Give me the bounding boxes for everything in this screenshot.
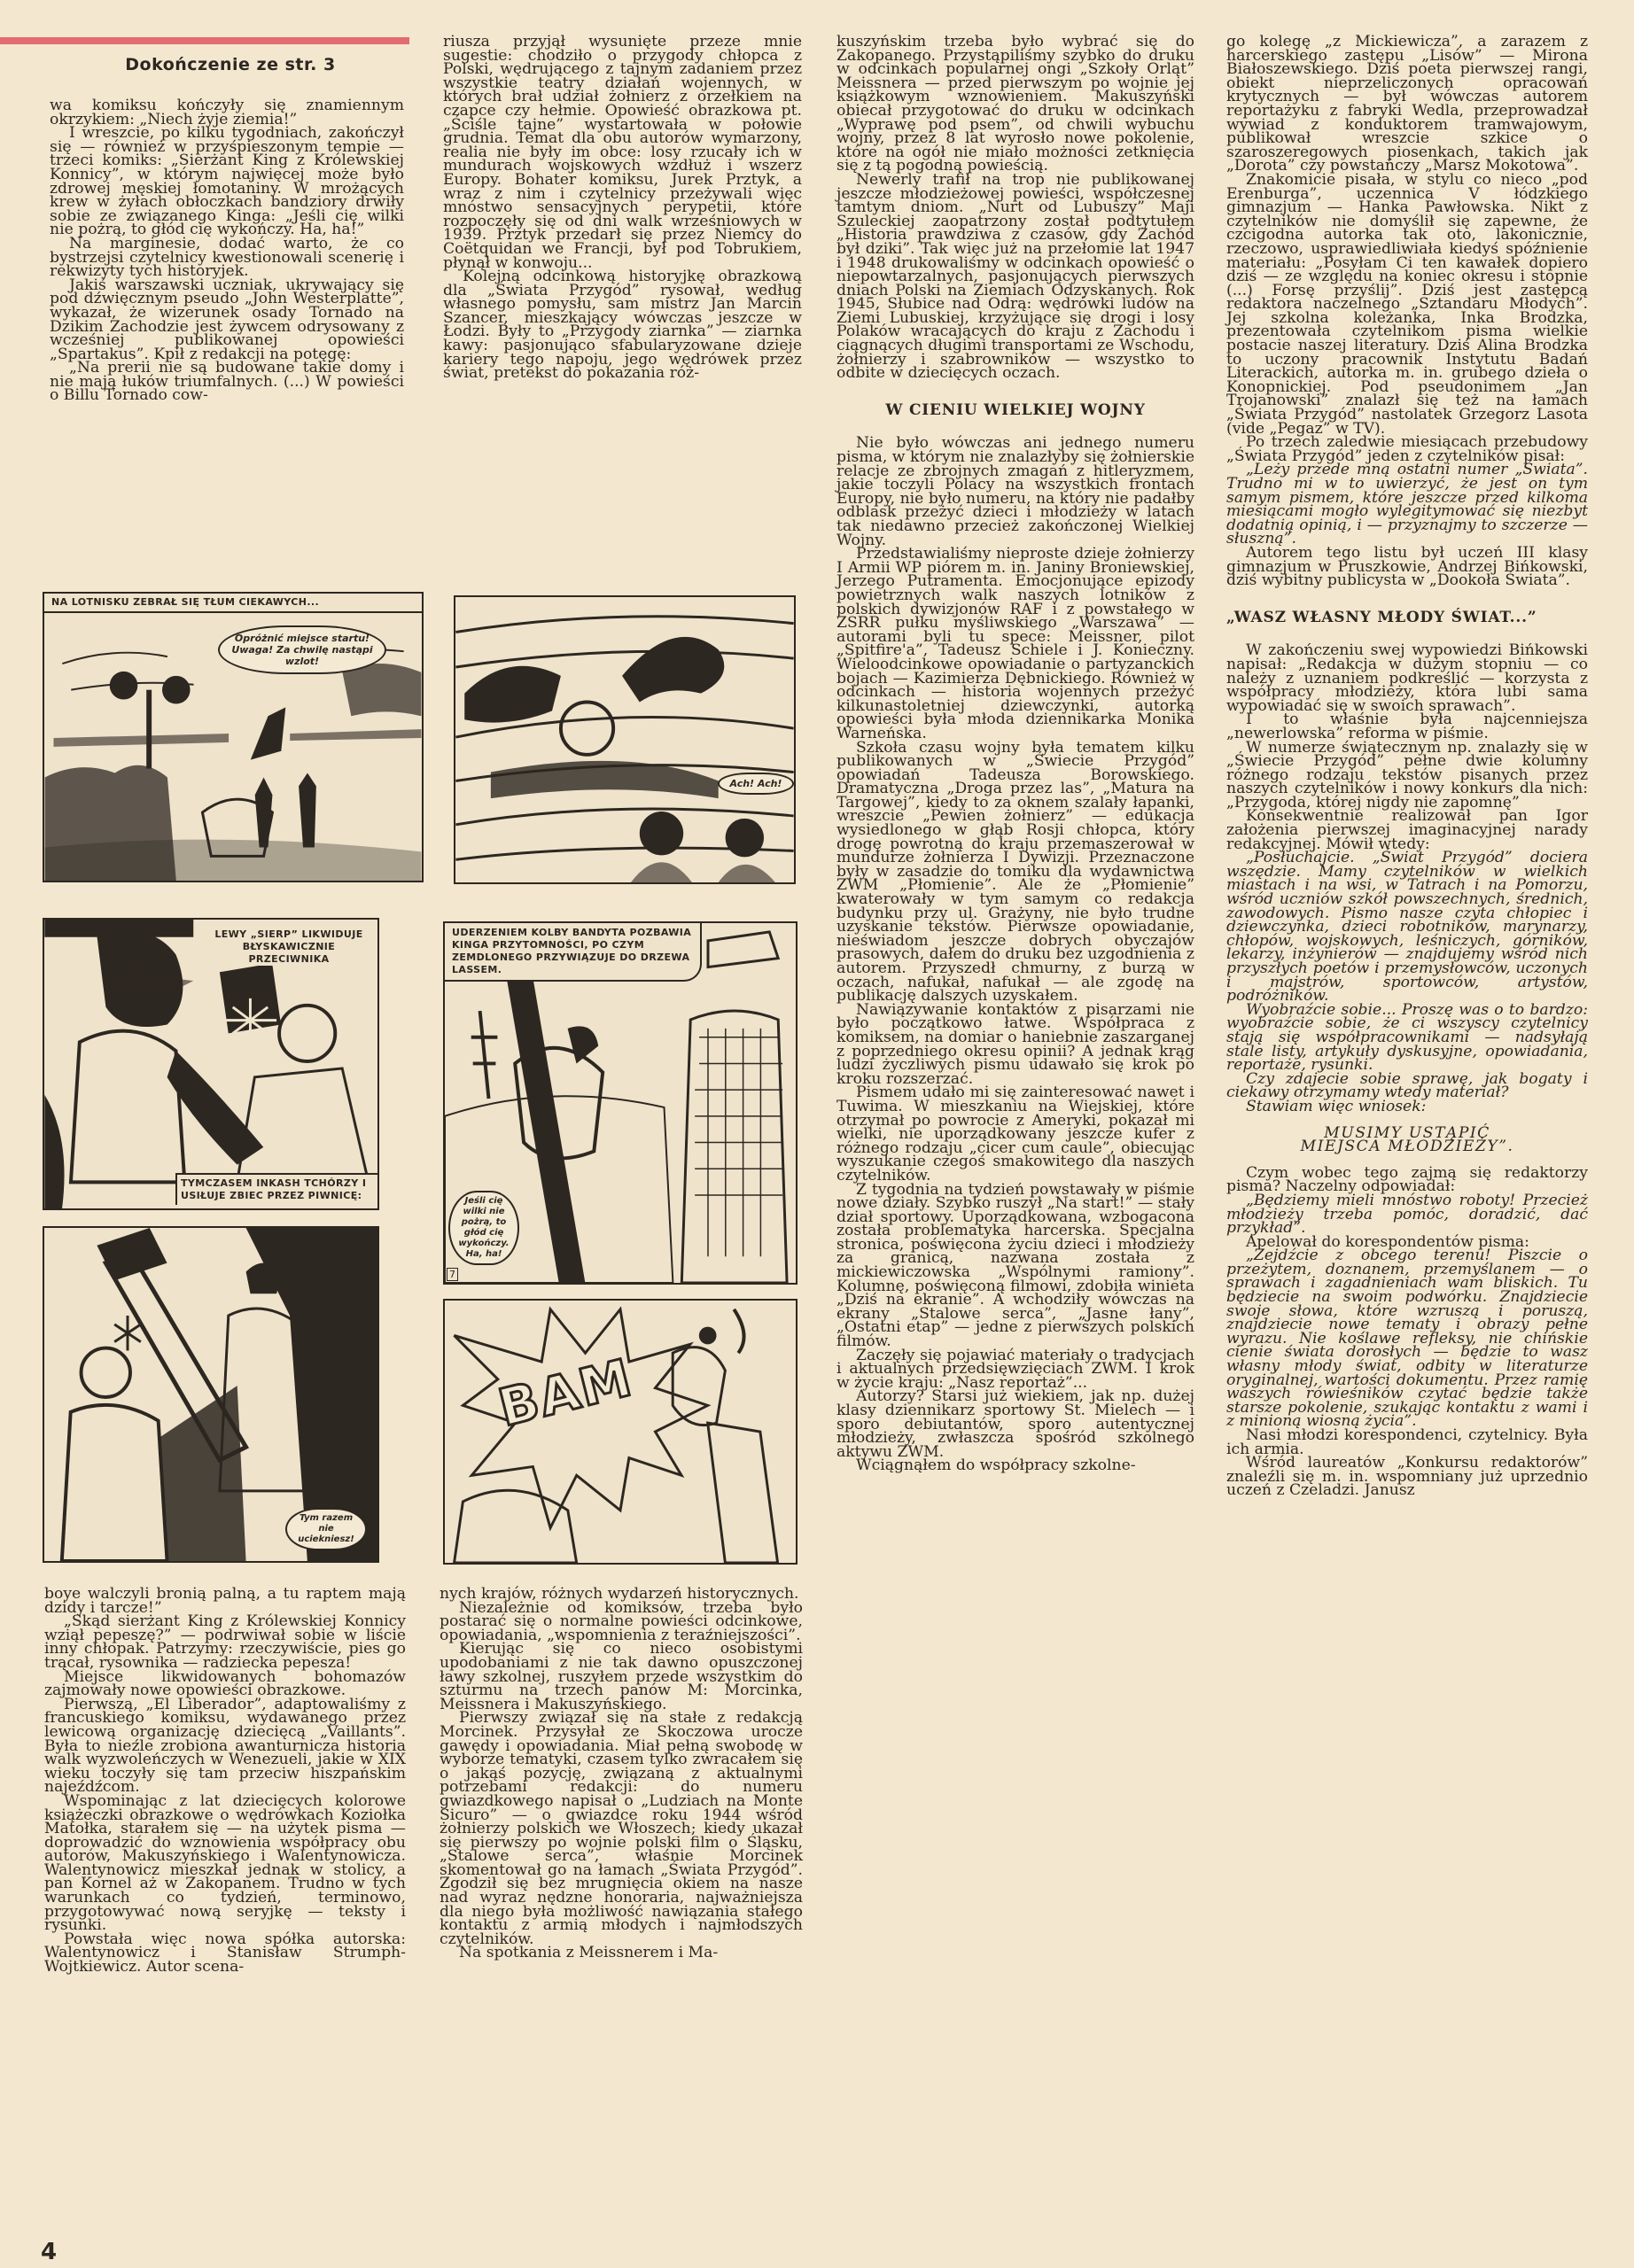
paragraph: go kolegę „z Mickiewicza”, a zarazem z h…	[1226, 35, 1588, 174]
comic-panel-3: Lewy „sierp” likwiduje błyskawicznie prz…	[43, 918, 379, 1210]
column-4-body: W zakończeniu swej wypowiedzi Bińkowski …	[1226, 644, 1588, 1114]
paragraph: Autorzy? Starsi już wiekiem, jak np. duż…	[836, 1390, 1194, 1459]
speech-bubble: Tym razem nie uciekniesz!	[285, 1508, 367, 1550]
paragraph: Kolejną odcinkową historyjkę obrazkową d…	[443, 270, 802, 381]
column-4: go kolegę „z Mickiewicza”, a zarazem z h…	[1226, 35, 1588, 1498]
column-3-body: Nie było wówczas ani jednego numeru pism…	[836, 437, 1194, 1473]
paragraph: Jakiś warszawski uczniak, ukrywający się…	[50, 279, 404, 362]
paragraph: W numerze świątecznym np. znalazły się w…	[1226, 742, 1588, 811]
paragraph: Po trzech zaledwie miesiącach przebudowy…	[1226, 436, 1588, 463]
column-4-end: Czym wobec tego zajmą się redaktorzy pis…	[1226, 1167, 1588, 1498]
paragraph: Stawiam więc wniosek:	[1226, 1100, 1588, 1115]
section-heading-young-world: „WASZ WŁASNY MŁODY ŚWIAT...”	[1226, 611, 1588, 625]
comic-panel-1: Na lotnisku zebrał się tłum ciekawych...…	[43, 592, 424, 882]
header-accent-bar	[0, 37, 409, 44]
slogan-line: MIEJSCA MŁODZIEŻY”.	[1226, 1140, 1588, 1154]
panel-caption-top: Lewy „sierp” likwiduje błyskawicznie prz…	[202, 928, 376, 966]
paragraph: Konsekwentnie realizował pan Igor założe…	[1226, 810, 1588, 851]
paragraph: „Leży przede mną ostatni numer „Świata”.…	[1226, 463, 1588, 547]
comic-panel-5: Tym razem nie uciekniesz!	[43, 1226, 379, 1563]
rocket-launch-illustration	[455, 597, 794, 882]
explosion-illustration	[445, 1301, 796, 1563]
paragraph: Wspominając z lat dziecięcych kolorowe k…	[44, 1795, 406, 1933]
column-1-top: wa komiksu kończyły się znamiennym okrzy…	[50, 99, 404, 403]
column-4-intro: go kolegę „z Mickiewicza”, a zarazem z h…	[1226, 35, 1588, 588]
paragraph: W zakończeniu swej wypowiedzi Bińkowski …	[1226, 644, 1588, 713]
comic-panel-2: Ach! Ach!	[454, 595, 796, 884]
paragraph: Autorem tego listu był uczeń III klasy g…	[1226, 547, 1588, 588]
paragraph: Newerly trafił na trop nie publikowanej …	[836, 174, 1194, 381]
column-1-bottom: boye walczyli bronią palną, a tu raptem …	[44, 1588, 406, 1975]
column-3-intro: kuszyńskim trzeba było wybrać się do Zak…	[836, 35, 1194, 381]
slogan-block: MUSIMY USTĄPIĆ MIEJSCA MŁODZIEŻY”.	[1226, 1127, 1588, 1154]
speech-bubble: Jeśli cię wilki nie pożrą, to głód cię w…	[448, 1191, 519, 1265]
section-heading-war: W CIENIU WIELKIEJ WOJNY	[836, 404, 1194, 418]
paragraph: Z tygodnia na tydzień powstawały w piśmi…	[836, 1184, 1194, 1349]
comic-panel-4: Uderzeniem kolby bandyta pozbawia Kinga …	[443, 921, 798, 1285]
paragraph: Wyobraźcie sobie... Proszę was o to bard…	[1226, 1004, 1588, 1073]
speech-bubble: Opróżnić miejsce startu! Uwaga! Za chwil…	[218, 625, 386, 674]
paragraph: wa komiksu kończyły się znamiennym okrzy…	[50, 99, 404, 127]
panel-number: 7	[447, 1268, 458, 1281]
paragraph: Czym wobec tego zajmą się redaktorzy pis…	[1226, 1167, 1588, 1194]
paragraph: Zaczęły się pojawiać materiały o tradycj…	[836, 1349, 1194, 1391]
paragraph: „Na prerii nie są budowane takie domy i …	[50, 361, 404, 403]
paragraph: riusza przyjął wysunięte przeze mnie sug…	[443, 35, 802, 270]
paragraph: Szkoła czasu wojny była tematem kilku pu…	[836, 742, 1194, 1004]
column-3: kuszyńskim trzeba było wybrać się do Zak…	[836, 35, 1194, 1473]
paragraph: I wreszcie, po kilku tygodniach, zakończ…	[50, 127, 404, 237]
panel-caption-bottom: Tymczasem Inkash tchórzy i usiłuje zbiec…	[175, 1173, 377, 1205]
paragraph: Wśród laureatów „Konkursu redaktorów” zn…	[1226, 1456, 1588, 1498]
paragraph: Znakomicie pisała, w stylu co nieco „pod…	[1226, 174, 1588, 436]
paragraph: Miejsce likwidowanych bohomazów zajmował…	[44, 1671, 406, 1698]
paragraph: boye walczyli bronią palną, a tu raptem …	[44, 1588, 406, 1615]
paragraph: Na marginesie, dodać warto, że co bystrz…	[50, 237, 404, 279]
paragraph: Pierwszy związał się na stałe z redakcją…	[440, 1712, 803, 1946]
paragraph: Przedstawialiśmy nieproste dzieje żołnie…	[836, 548, 1194, 741]
paragraph: Nie było wówczas ani jednego numeru pism…	[836, 437, 1194, 548]
paragraph: Pierwszą, „El Liberador”, adaptowaliśmy …	[44, 1698, 406, 1795]
page-number: 4	[41, 2239, 57, 2265]
paragraph: Wciągnąłem do współpracy szkolne-	[836, 1459, 1194, 1473]
paragraph: I to właśnie była najcenniejsza „newerlo…	[1226, 713, 1588, 741]
column-2-bottom: nych krajów, różnych wydarzeń historyczn…	[440, 1588, 803, 1961]
paragraph: Czy zdajecie sobie sprawę, jak bogaty i …	[1226, 1073, 1588, 1100]
speech-bubble: Ach! Ach!	[718, 773, 794, 795]
paragraph: Nasi młodzi korespondenci, czytelnicy. B…	[1226, 1429, 1588, 1456]
panel-caption: Uderzeniem kolby bandyta pozbawia Kinga …	[445, 923, 702, 982]
paragraph: kuszyńskim trzeba było wybrać się do Zak…	[836, 35, 1194, 174]
comic-panel-6: BAM	[443, 1299, 798, 1565]
paragraph: Niezależnie od komiksów, trzeba było pos…	[440, 1602, 803, 1643]
paragraph: „Będziemy mieli mnóstwo roboty! Przecież…	[1226, 1194, 1588, 1236]
paragraph: Kierując się co nieco osobistymi upodoba…	[440, 1643, 803, 1712]
paragraph: Powstała więc nowa spółka autorska: Wale…	[44, 1933, 406, 1975]
paragraph: Nawiązywanie kontaktów z pisarzami nie b…	[836, 1004, 1194, 1087]
paragraph: „Skąd sierżant King z Królewskiej Konnic…	[44, 1615, 406, 1670]
continued-from-label: Dokończenie ze str. 3	[53, 55, 408, 74]
paragraph: Na spotkania z Meissnerem i Ma-	[440, 1946, 803, 1961]
paragraph: Pismem udało mi się zainteresować nawet …	[836, 1086, 1194, 1183]
column-2-top: riusza przyjął wysunięte przeze mnie sug…	[443, 35, 802, 381]
paragraph: „Zejdźcie z obcego terenu! Piszcie o prz…	[1226, 1249, 1588, 1429]
paragraph: „Posłuchajcie. „Świat Przygód” dociera w…	[1226, 851, 1588, 1004]
